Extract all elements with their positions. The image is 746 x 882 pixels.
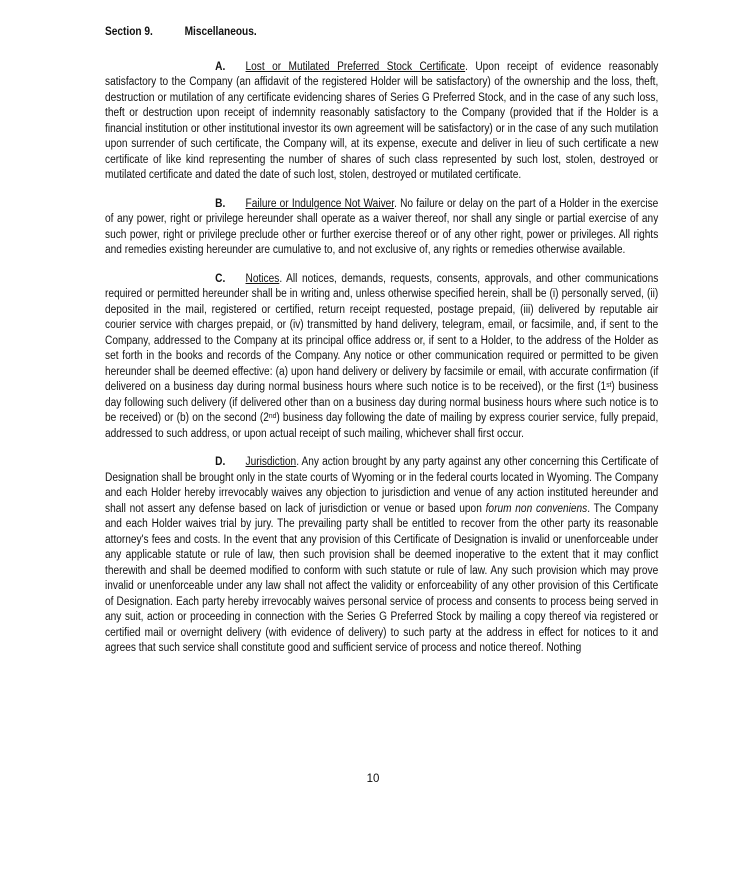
text-column: Section 9.Miscellaneous. A.Lost or Mutil… bbox=[105, 25, 658, 657]
paragraph-letter: D. bbox=[215, 456, 225, 468]
document-page: Section 9.Miscellaneous. A.Lost or Mutil… bbox=[0, 0, 746, 882]
paragraph-d: D.Jurisdiction. Any action brought by an… bbox=[105, 455, 658, 657]
paragraph-heading: Jurisdiction bbox=[246, 456, 297, 468]
paragraph-letter: B. bbox=[215, 198, 225, 210]
section-label: Section 9. bbox=[105, 26, 153, 38]
paragraph-body: Upon receipt of evidence reasonably sati… bbox=[105, 61, 658, 182]
paragraph-heading: Notices bbox=[246, 273, 280, 285]
paragraph-c: C.Notices. All notices, demands, request… bbox=[105, 272, 658, 443]
page-number: 10 bbox=[0, 772, 746, 788]
paragraph-letter: C. bbox=[215, 273, 225, 285]
section-heading: Section 9.Miscellaneous. bbox=[105, 25, 658, 41]
section-title: Miscellaneous. bbox=[185, 26, 257, 38]
paragraph-body: Any action brought by any party against … bbox=[105, 456, 658, 654]
paragraph-heading: Failure or Indulgence Not Waiver bbox=[246, 198, 395, 210]
paragraph-heading: Lost or Mutilated Preferred Stock Certif… bbox=[246, 61, 466, 73]
paragraph-a: A.Lost or Mutilated Preferred Stock Cert… bbox=[105, 60, 658, 184]
paragraph-body: All notices, demands, requests, consents… bbox=[105, 273, 658, 440]
paragraph-b: B.Failure or Indulgence Not Waiver. No f… bbox=[105, 197, 658, 259]
paragraph-letter: A. bbox=[215, 61, 225, 73]
